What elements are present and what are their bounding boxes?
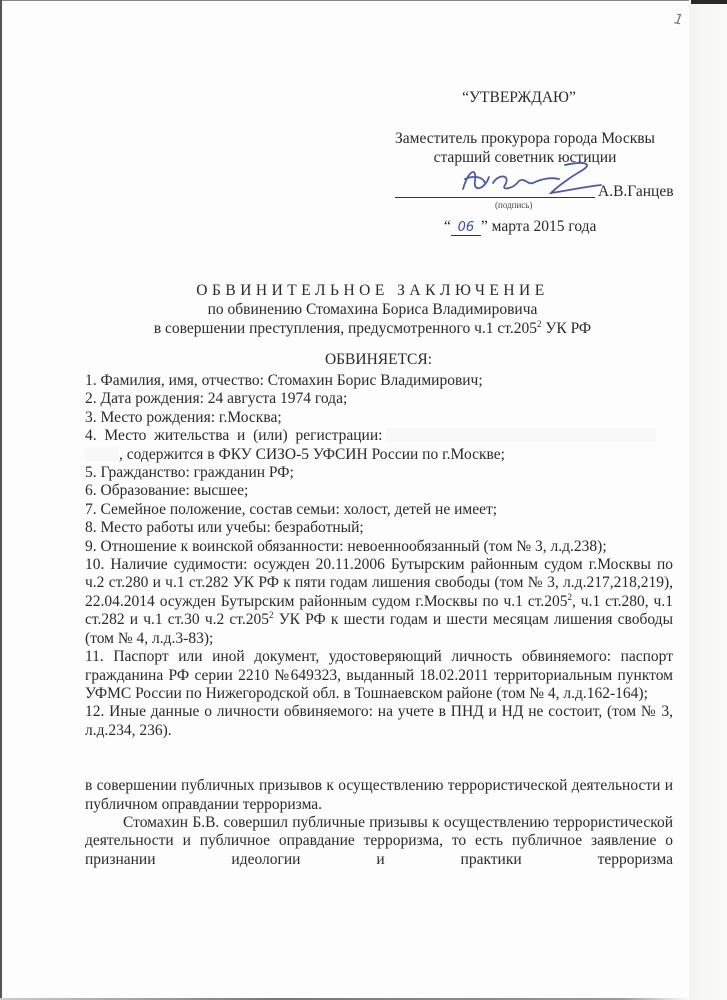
date-month-year: ” марта 2015 года xyxy=(481,218,597,235)
handwritten-page-number: 1 xyxy=(673,11,685,28)
item-birth-place: 3. Место рождения: г.Москва; xyxy=(85,409,673,427)
approval-block: “УТВЕРЖДАЮ” Заместитель прокурора города… xyxy=(380,88,670,167)
narrative-paragraph: Стомахин Б.В. совершил публичные призывы… xyxy=(85,814,673,869)
document-title-block: ОБВИНИТЕЛЬНОЕ ЗАКЛЮЧЕНИЕ по обвинению Ст… xyxy=(0,281,727,338)
document-page: 1 “УТВЕРЖДАЮ” Заместитель прокурора горо… xyxy=(0,0,727,1000)
approve-heading: “УТВЕРЖДАЮ” xyxy=(368,88,670,107)
handwritten-signature-icon xyxy=(455,159,605,199)
item-military-status: 9. Отношение к воинской обязанности: нев… xyxy=(85,538,673,556)
item-passport: 11. Паспорт или иной документ, удостовер… xyxy=(85,648,673,703)
charged-heading: ОБВИНЯЕТСЯ: xyxy=(15,351,727,369)
approver-position: Заместитель прокурора города Москвы xyxy=(380,129,670,148)
approval-date: “06” марта 2015 года xyxy=(444,218,596,236)
title-article: в совершении преступления, предусмотренн… xyxy=(18,319,727,338)
residence-label: 4. Место жительства и (или) регистрации: xyxy=(85,427,382,444)
signer-name: А.В.Ганцев xyxy=(598,183,674,201)
redacted-address-cont xyxy=(85,447,119,461)
item-birth-date: 2. Дата рождения: 24 августа 1974 года; xyxy=(85,390,673,408)
scan-corner-shadow xyxy=(691,0,727,4)
signature-row: А.В.Ганцев (подпись) xyxy=(395,165,675,215)
paragraph-gap xyxy=(85,740,673,777)
signature-line xyxy=(395,197,595,198)
item-full-name: 1. Фамилия, имя, отчество: Стомахин Бори… xyxy=(85,372,673,390)
redacted-address xyxy=(386,428,656,442)
title-article-code: УК РФ xyxy=(542,320,592,337)
item-family-status: 7. Семейное положение, состав семьи: хол… xyxy=(85,501,673,519)
title-subject: по обвинению Стомахина Бориса Владимиров… xyxy=(18,300,727,319)
scan-edge-top xyxy=(0,0,690,1)
date-day-handwritten: 06 xyxy=(451,220,481,236)
item-employment: 8. Место работы или учебы: безработный; xyxy=(85,519,673,537)
item-criminal-record: 10. Наличие судимости: осужден 20.11.200… xyxy=(85,556,673,648)
scan-edge-left xyxy=(0,0,2,1000)
item-other-data: 12. Иные данные о личности обвиняемого: … xyxy=(85,703,673,740)
document-title: ОБВИНИТЕЛЬНОЕ ЗАКЛЮЧЕНИЕ xyxy=(18,281,727,300)
title-article-text: в совершении преступления, предусмотренн… xyxy=(154,320,537,337)
charge-paragraph: в совершении публичных призывов к осущес… xyxy=(85,777,673,814)
date-open-quote: “ xyxy=(444,218,451,235)
scan-edge-right xyxy=(689,0,727,1000)
item-education: 6. Образование: высшее; xyxy=(85,482,673,500)
document-body: 1. Фамилия, имя, отчество: Стомахин Бори… xyxy=(85,372,673,869)
item-residence: 4. Место жительства и (или) регистрации:… xyxy=(85,427,673,464)
signature-caption: (подпись) xyxy=(495,200,532,210)
item-citizenship: 5. Гражданство: гражданин РФ; xyxy=(85,464,673,482)
residence-detention: , содержится в ФКУ СИЗО-5 УФСИН России п… xyxy=(119,446,505,463)
